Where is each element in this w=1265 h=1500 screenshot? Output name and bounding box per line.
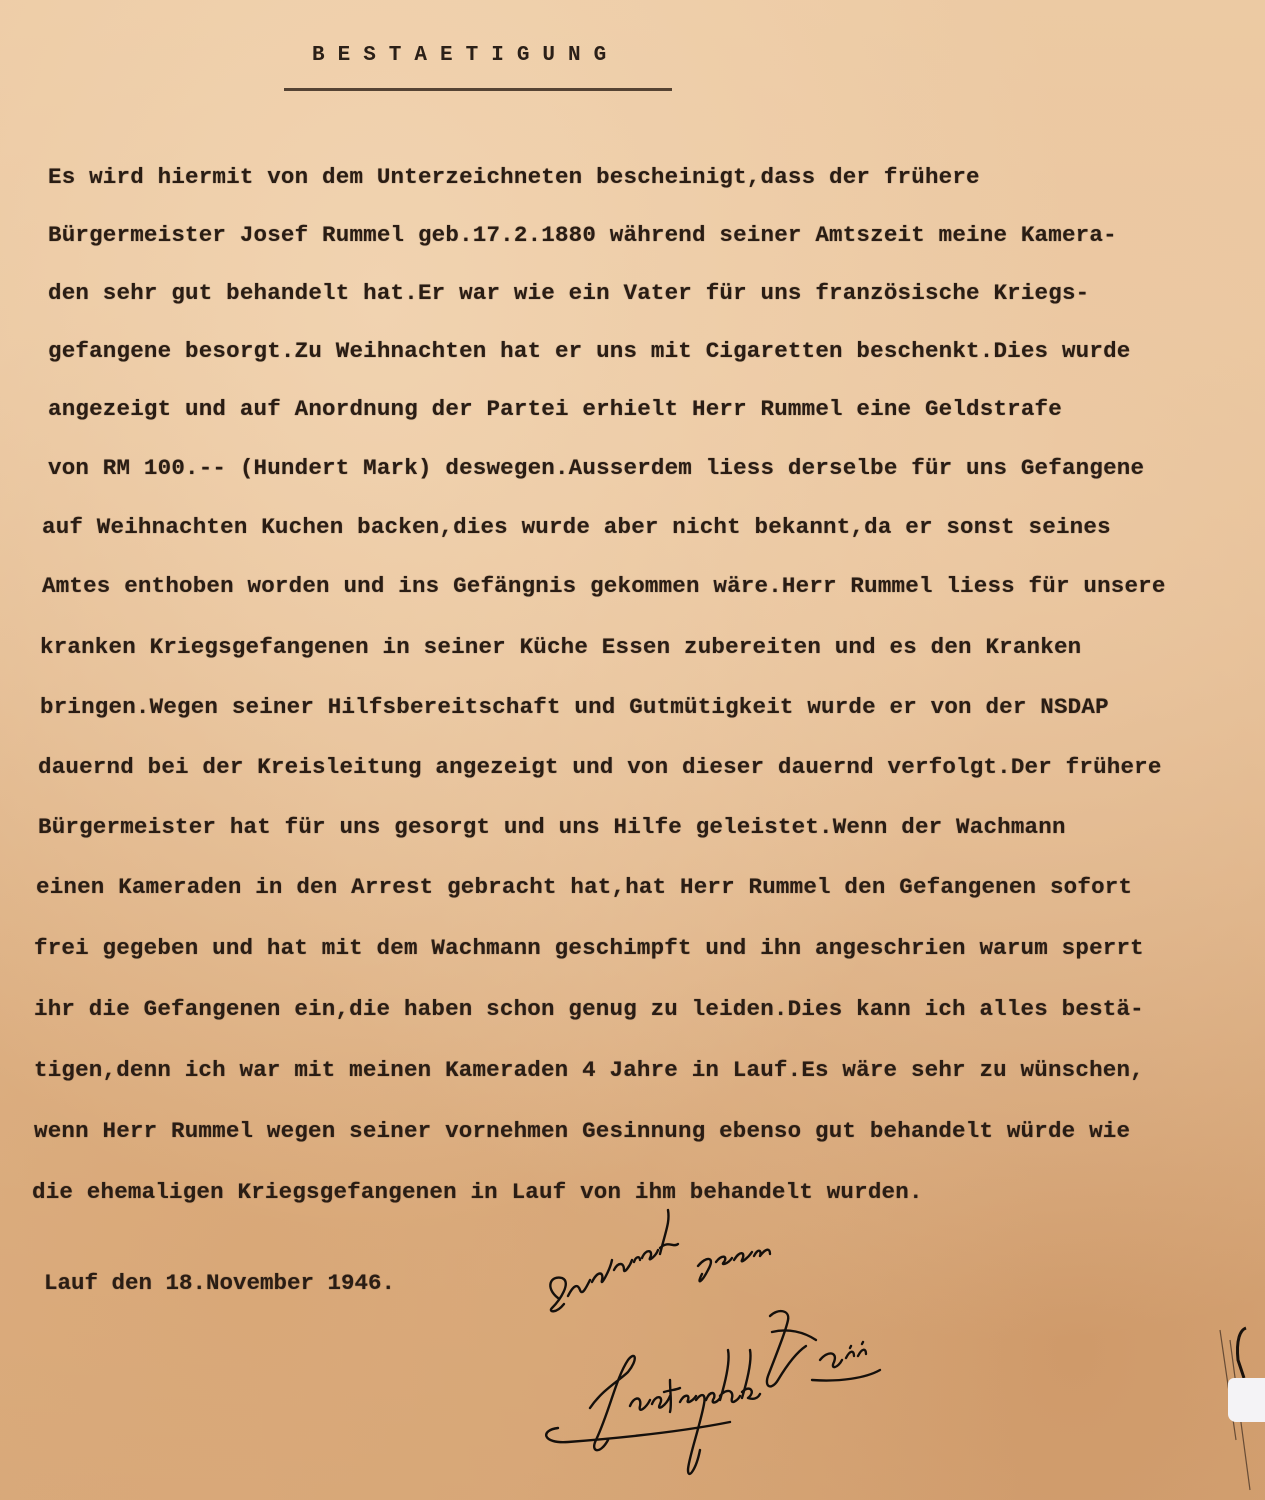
title-underline: [284, 88, 672, 91]
body-line: frei gegeben und hat mit dem Wachmann ge…: [34, 935, 1144, 961]
body-line: von RM 100.-- (Hundert Mark) deswegen.Au…: [48, 455, 1144, 481]
body-line: angezeigt und auf Anordnung der Partei e…: [48, 396, 1062, 422]
body-line: Amtes enthoben worden und ins Gefängnis …: [42, 573, 1166, 599]
body-line: bringen.Wegen seiner Hilfsbereitschaft u…: [40, 694, 1109, 720]
body-line: gefangene besorgt.Zu Weihnachten hat er …: [48, 338, 1130, 364]
body-line: Es wird hiermit von dem Unterzeichneten …: [48, 164, 980, 190]
body-line: Bürgermeister Josef Rummel geb.17.2.1880…: [48, 222, 1117, 248]
body-line: tigen,denn ich war mit meinen Kameraden …: [34, 1057, 1144, 1083]
torn-corner: [1228, 1378, 1265, 1422]
place-date: Lauf den 18.November 1946.: [44, 1270, 395, 1296]
document-page: BESTAETIGUNG Es wird hiermit von dem Unt…: [0, 0, 1265, 1500]
body-line: auf Weihnachten Kuchen backen,dies wurde…: [42, 514, 1111, 540]
body-line: wenn Herr Rummel wegen seiner vornehmen …: [34, 1118, 1130, 1144]
handwritten-signatures: [520, 1200, 1040, 1500]
body-line: kranken Kriegsgefangenen in seiner Küche…: [40, 634, 1081, 660]
body-line: einen Kameraden in den Arrest gebracht h…: [36, 874, 1132, 900]
body-line: ihr die Gefangenen ein,die haben schon g…: [34, 996, 1144, 1022]
body-line: dauernd bei der Kreisleitung angezeigt u…: [38, 754, 1162, 780]
body-line: Bürgermeister hat für uns gesorgt und un…: [38, 814, 1066, 840]
body-line: den sehr gut behandelt hat.Er war wie ei…: [48, 280, 1089, 306]
document-title: BESTAETIGUNG: [312, 44, 619, 67]
